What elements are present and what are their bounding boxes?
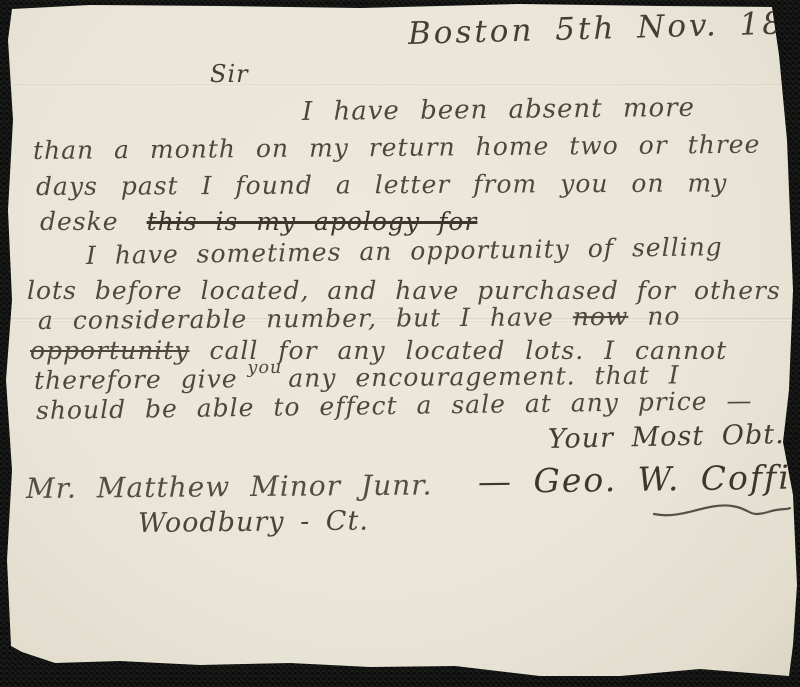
letter-text: no — [647, 302, 680, 331]
letter-line: days past I found a letter from you on m… — [36, 168, 727, 201]
letter-paper: Boston 5th Nov. 1832 Sir I have been abs… — [0, 0, 800, 687]
letter-line: deskethis is my apology for — [40, 207, 477, 236]
signature-name: Geo. W. Coffin — [533, 457, 800, 500]
letter-word: deske — [40, 207, 119, 236]
letter-line: I have been absent more — [302, 93, 695, 127]
letter-closing: Your Most Obt. St. — [548, 418, 800, 455]
struck-text: this is my apology for — [147, 207, 478, 236]
signature-flourish — [652, 498, 792, 522]
scan-background: Boston 5th Nov. 1832 Sir I have been abs… — [0, 0, 800, 687]
letter-text: therefore give — [34, 364, 238, 395]
paper-crease-faint — [10, 84, 790, 87]
letter-dateline: Boston 5th Nov. 1832 — [407, 4, 800, 52]
recipient-place: Woodbury - Ct. — [138, 506, 369, 539]
letter-line: than a month on my return home two or th… — [33, 130, 761, 165]
letter-salutation: Sir — [210, 60, 249, 88]
letter-line: a considerable number, but I have now no — [38, 302, 681, 335]
recipient-name: Mr. Matthew Minor Junr. — [26, 468, 433, 505]
letter-text: a considerable number, but I have — [38, 302, 554, 335]
letter-signature: — Geo. W. Coffin — [478, 457, 800, 501]
struck-text: now — [573, 302, 629, 331]
inserted-text: you — [247, 358, 282, 378]
letter-line: I have sometimes an opportunity of selli… — [86, 232, 723, 270]
struck-text: opportunity — [30, 336, 189, 365]
signature-dash: — — [478, 462, 514, 501]
